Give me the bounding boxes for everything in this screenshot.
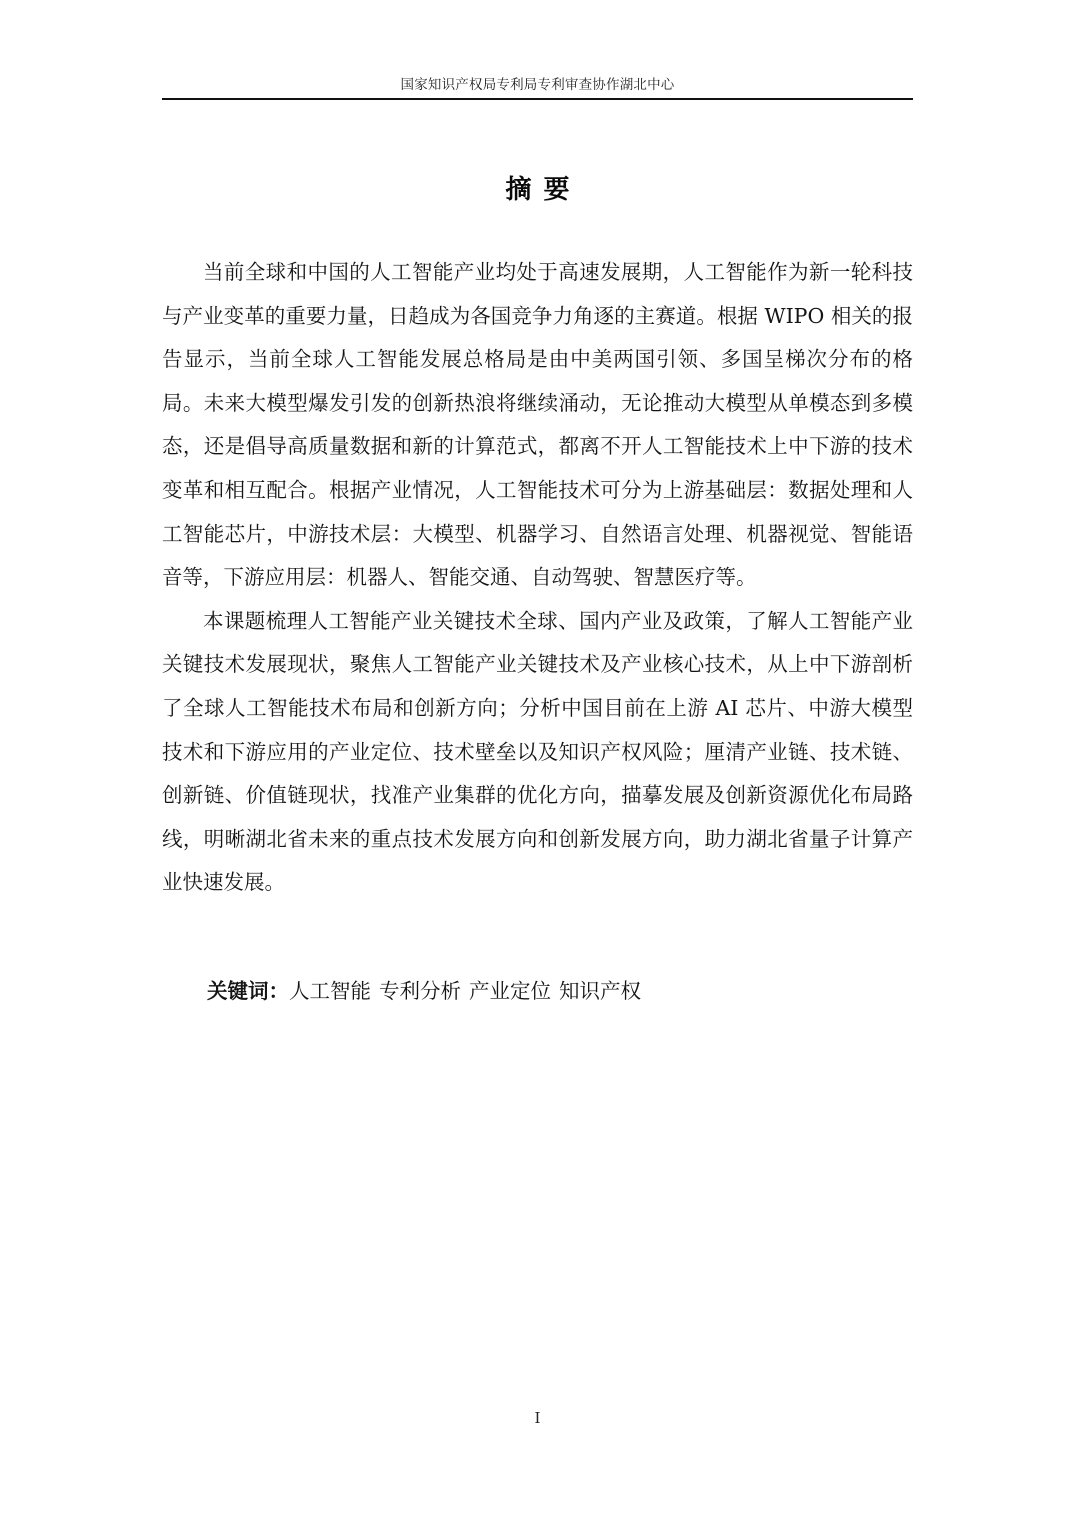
document-page: 国家知识产权局专利局专利审查协作湖北中心 摘要 当前全球和中国的人工智能产业均处…: [0, 0, 1074, 1520]
page-title: 摘要: [162, 172, 913, 208]
keywords-label: 关键词：: [207, 979, 289, 1003]
keyword-item: 人工智能: [289, 979, 371, 1003]
keyword-item: 产业定位: [469, 979, 551, 1003]
running-header: 国家知识产权局专利局专利审查协作湖北中心: [162, 76, 913, 94]
keyword-item: 知识产权: [559, 979, 641, 1003]
page-number: I: [162, 1408, 913, 1428]
keywords-line: 关键词：人工智能专利分析产业定位知识产权: [207, 976, 907, 1006]
abstract-paragraph-1: 当前全球和中国的人工智能产业均处于高速发展期，人工智能作为新一轮科技与产业变革的…: [162, 251, 913, 600]
keyword-item: 专利分析: [379, 979, 461, 1003]
header-divider: [162, 98, 913, 100]
abstract-body: 当前全球和中国的人工智能产业均处于高速发展期，人工智能作为新一轮科技与产业变革的…: [162, 251, 913, 905]
abstract-paragraph-2: 本课题梳理人工智能产业关键技术全球、国内产业及政策，了解人工智能产业关键技术发展…: [162, 600, 913, 905]
